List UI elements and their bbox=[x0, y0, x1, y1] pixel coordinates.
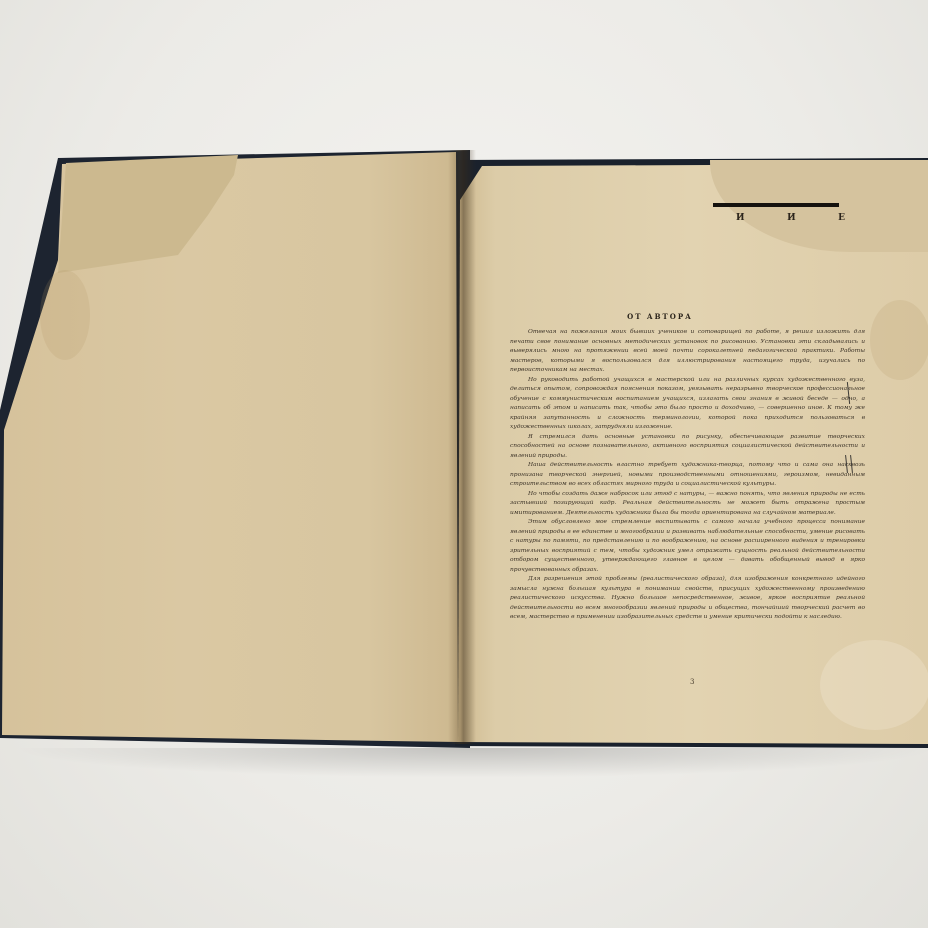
water-stain bbox=[40, 270, 90, 360]
heading-rule bbox=[713, 203, 839, 207]
paragraph: Я стремился дать основные установки по р… bbox=[510, 433, 865, 462]
preface-text: Отвечая на пожелания моих бывших ученико… bbox=[510, 328, 865, 623]
paragraph: Этим обусловлено мое стремление воспитыв… bbox=[510, 518, 865, 575]
book-gutter bbox=[448, 150, 476, 744]
paragraph: Для разрешения этой проблемы (реалистиче… bbox=[510, 575, 865, 623]
chapter-title-fragment: И И Е bbox=[736, 213, 846, 223]
paragraph: Но чтобы создать даже набросок или этюд … bbox=[510, 490, 865, 519]
chapter-letter: И bbox=[736, 213, 746, 223]
paragraph: Наша действительность властно требует ху… bbox=[510, 461, 865, 490]
paragraph: Но руководить работой учащихся в мастерс… bbox=[510, 376, 865, 433]
light-spot bbox=[820, 640, 928, 730]
section-heading: ОТ АВТОРА bbox=[590, 312, 730, 321]
paragraph: Отвечая на пожелания моих бывших ученико… bbox=[510, 328, 865, 376]
chapter-letter: И bbox=[787, 213, 797, 223]
chapter-letter: Е bbox=[838, 213, 846, 223]
water-stain bbox=[870, 300, 928, 380]
table-shadow bbox=[10, 748, 928, 778]
page-number: 3 bbox=[690, 678, 694, 686]
